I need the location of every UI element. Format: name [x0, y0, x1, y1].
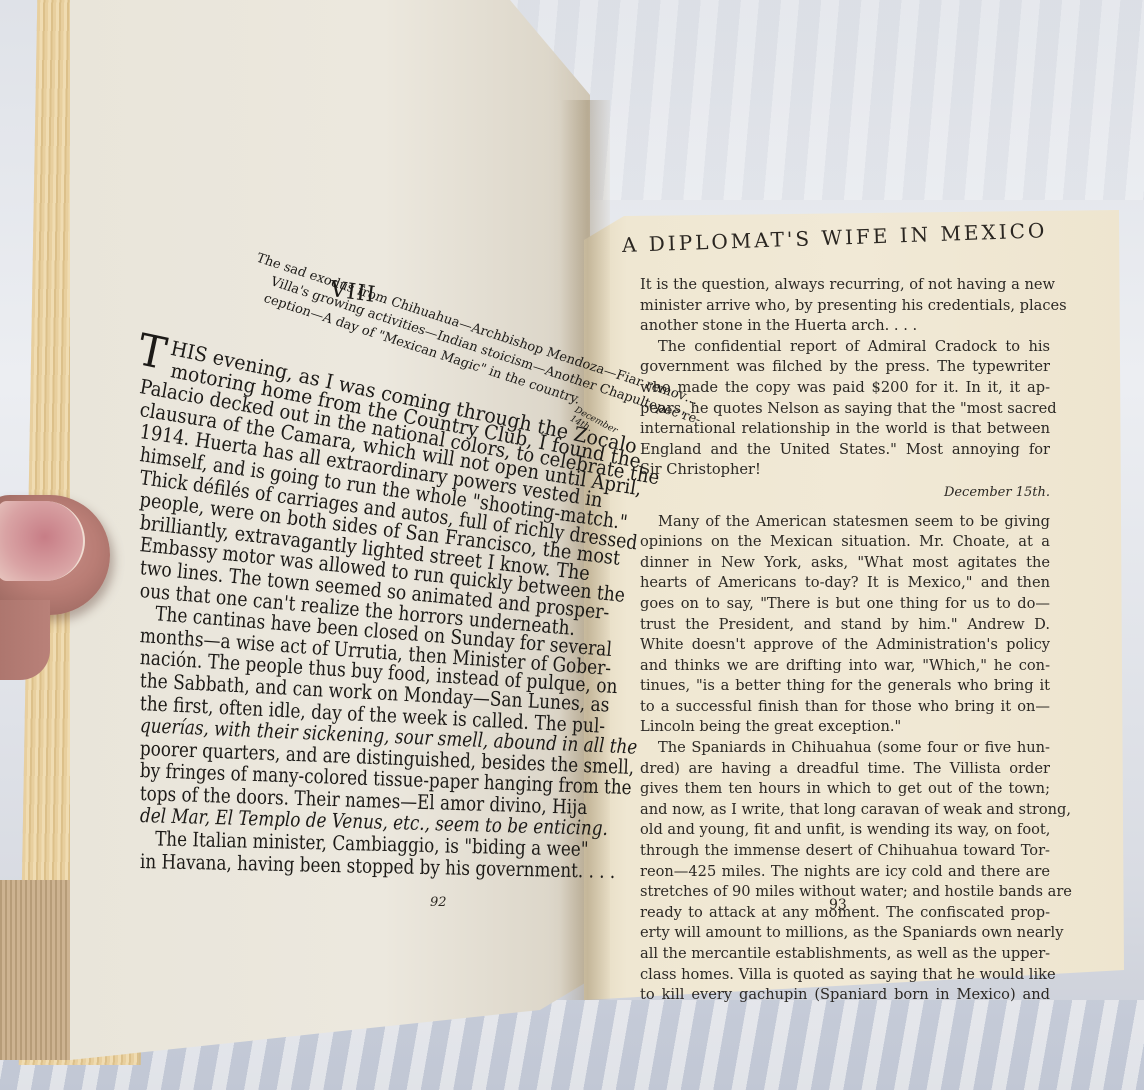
thumb-base	[0, 600, 50, 680]
text-line: The Spaniards in Chihuahua (some four or…	[640, 738, 1050, 759]
text-line: Many of the American statesmen seem to b…	[640, 512, 1050, 533]
text-line: and thinks we are drifting into war, "Wh…	[640, 656, 1050, 677]
text-line: to a successful finish than for those wh…	[640, 697, 1050, 718]
text-line: minister arrive who, by presenting his c…	[640, 296, 1050, 317]
text-line: another stone in the Huerta arch. . . .	[640, 316, 1050, 337]
thumbnail	[0, 501, 85, 581]
text-line: Lincoln being the great exception."	[640, 717, 1050, 738]
text-line: dinner in New York, asks, "What most agi…	[640, 553, 1050, 574]
text-line: gives them ten hours in which to get out…	[640, 779, 1050, 800]
text-line: pears, he quotes Nelson as saying that t…	[640, 399, 1050, 420]
text-line: reon—425 miles. The nights are icy cold …	[640, 862, 1050, 883]
text-line: goes on to say, "There is but one thing …	[640, 594, 1050, 615]
text-line: through the immense desert of Chihuahua …	[640, 841, 1050, 862]
text-line: dred) are having a dreadful time. The Vi…	[640, 759, 1050, 780]
text-line: It is the question, always recurring, of…	[640, 275, 1050, 296]
text-line: to kill every gachupin (Spaniard born in…	[640, 985, 1050, 1006]
page-number-92: 92	[430, 895, 447, 910]
text-line: government was filched by the press. The…	[640, 357, 1050, 378]
text-line: hearts of Americans to-day? It is Mexico…	[640, 573, 1050, 594]
text-line: The confidential report of Admiral Crado…	[640, 337, 1050, 358]
text-line: old and young, fit and unfit, is wending…	[640, 820, 1050, 841]
text-line: and now, as I write, that long caravan o…	[640, 800, 1050, 821]
text-line: England and the United States." Most ann…	[640, 440, 1050, 461]
photo-scene: The sad exodus from Chihuahua—Archbishop…	[0, 0, 1144, 1090]
entry-date: December 15th.	[640, 483, 1050, 504]
text-line: all the mercantile establishments, as we…	[640, 944, 1050, 965]
text-line: White doesn't approve of the Administrat…	[640, 635, 1050, 656]
text-line: opinions on the Mexican situation. Mr. C…	[640, 532, 1050, 553]
left-page-text: The sad exodus from Chihuahua—Archbishop…	[120, 240, 590, 940]
text-line: tinues, "is a better thing for the gener…	[640, 676, 1050, 697]
text-line: trust the President, and stand by him." …	[640, 615, 1050, 636]
text-line: class homes. Villa is quoted as saying t…	[640, 965, 1050, 986]
text-line: international relationship in the world …	[640, 419, 1050, 440]
text-line: Sir Christopher!	[640, 460, 1050, 481]
left-body-text: THIS evening, as I was coming through th…	[140, 330, 610, 872]
page-number-93: 93	[829, 897, 847, 913]
text-line: erty will amount to millions, as the Spa…	[640, 923, 1050, 944]
text-line: who made the copy was paid $200 for it. …	[640, 378, 1050, 399]
book-page-edges-lower	[0, 880, 70, 1060]
